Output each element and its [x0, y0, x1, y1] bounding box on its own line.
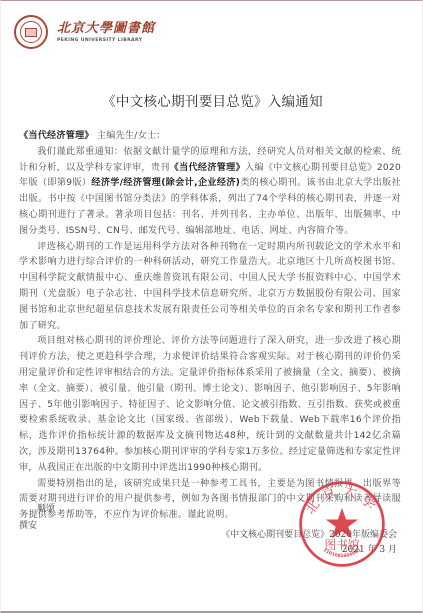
paragraph-3: 项目组对核心期刊的评价理论、评价方法等问题进行了深入研究，进一步改进了核心期刊评…: [19, 334, 401, 476]
paragraph-1: 我们谨此郑重通知：依据文献计量学的原理和方法，经研究人员对相关文献的检索、统计和…: [19, 145, 401, 240]
logo-chinese-name: 北京大學圖書館: [57, 21, 155, 36]
official-seal-stamp-icon: 北京大学 图书馆 1101081604941: [297, 479, 387, 569]
document-title: 《中文核心期刊要目总览》入编通知: [1, 90, 423, 110]
journal-name-inline: 《当代经济管理》: [170, 163, 245, 173]
journal-name: 《当代经济管理》: [19, 131, 94, 141]
university-seal-icon: [14, 15, 48, 49]
book-icon: [25, 28, 37, 37]
logo-english-name: PEKING UNIVERSITY LIBRARY: [57, 38, 155, 43]
svg-text:图书馆: 图书馆: [324, 538, 359, 552]
closing-line-1: 顺颂: [37, 501, 55, 514]
subject-category: 经济学/经济管理(除会计,企业经济): [91, 178, 240, 188]
document-body: 《当代经济管理》 主编先生/女士： 我们谨此郑重通知：依据文献计量学的原理和方法…: [19, 129, 401, 524]
salutation: 《当代经济管理》 主编先生/女士：: [19, 129, 401, 145]
paragraph-2: 评选核心期刊的工作是运用科学方法对各种刊物在一定时期内所刊载论文的学术水平和学术…: [19, 240, 401, 335]
library-logo: 北京大學圖書館 PEKING UNIVERSITY LIBRARY: [14, 15, 155, 49]
closing-line-2: 撰安: [19, 518, 37, 531]
document-page: 北京大學圖書館 PEKING UNIVERSITY LIBRARY 《中文核心期…: [0, 0, 423, 613]
